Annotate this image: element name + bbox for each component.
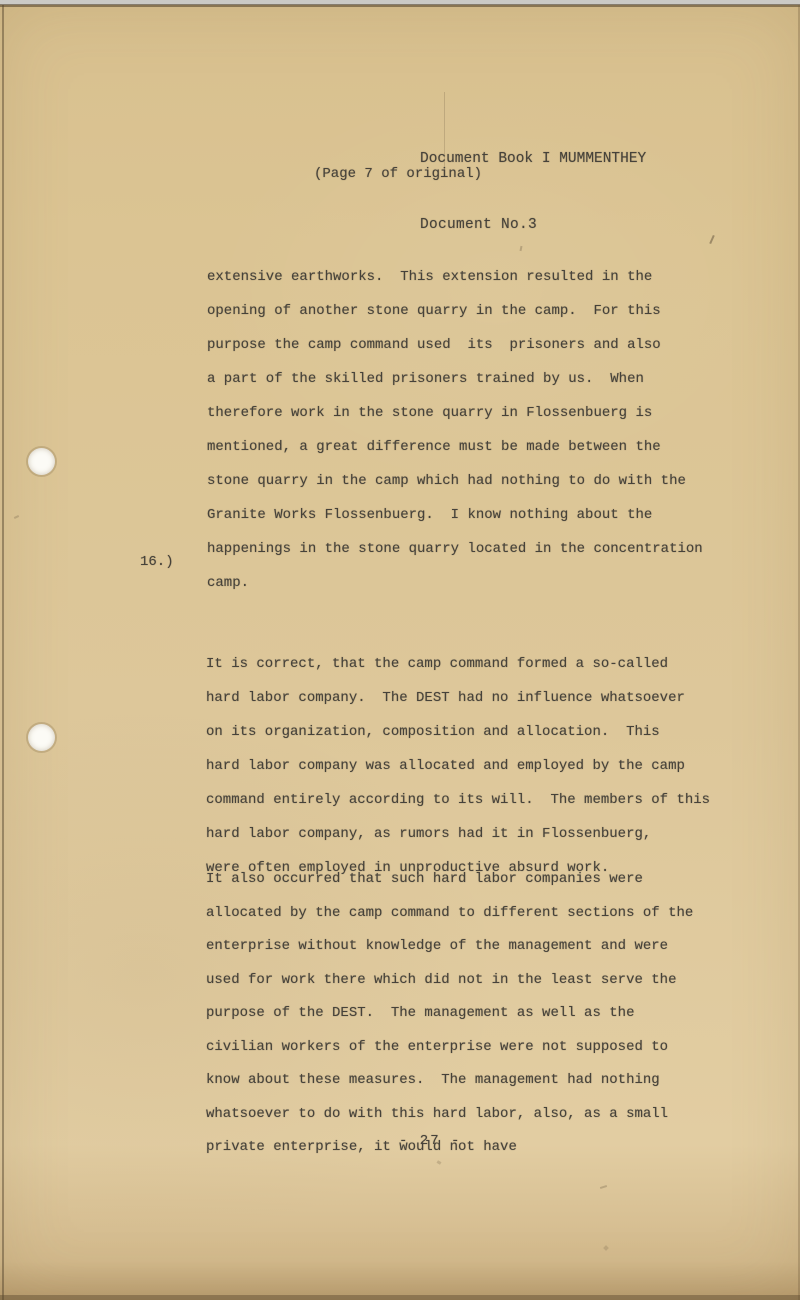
paragraph-hard-labor: It also occurred that such hard labor co… [206, 796, 786, 1232]
paragraph-text: It also occurred that such hard labor co… [206, 863, 786, 1165]
scanned-document-page: Document Book I MUMMENTHEY Document No.3… [0, 0, 800, 1300]
hole-punch-top [28, 448, 55, 475]
paper-top-edge-shadow [0, 4, 800, 7]
paper-left-edge-shadow [2, 5, 4, 1300]
paper-bottom-edge-shadow [0, 1295, 800, 1300]
hole-punch-bottom [28, 724, 55, 751]
paragraph-number: 16.) [140, 545, 174, 579]
page-number: - 27 - [399, 1131, 461, 1151]
original-page-label: (Page 7 of original) [314, 164, 482, 184]
